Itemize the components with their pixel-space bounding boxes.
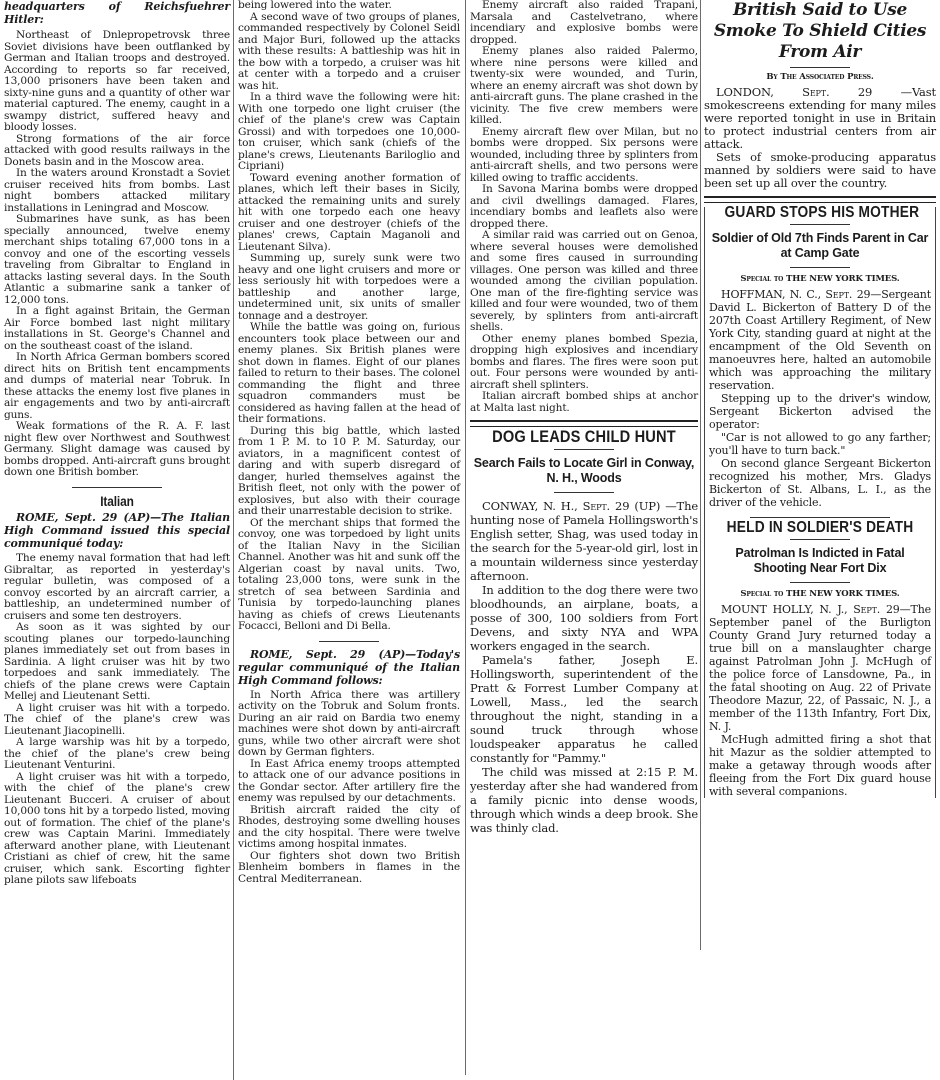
article-guard-stops-mother: GUARD STOPS HIS MOTHER Soldier of Old 7t… (704, 207, 936, 798)
divider (319, 641, 379, 642)
divider (790, 539, 850, 540)
divider (554, 492, 614, 493)
paragraph: In a fight against Britain, the German A… (4, 306, 230, 352)
paragraph: As soon as it was sighted by our scoutin… (4, 622, 230, 703)
italian-lead: ROME, Sept. 29 (AP)—The Italian High Com… (4, 511, 230, 550)
headline: GUARD STOPS HIS MOTHER (725, 207, 916, 219)
lead-paragraph: HOFFMAN, N. C., Sept. 29—Sergeant David … (709, 288, 931, 392)
paragraph: During this big battle, which lasted fro… (238, 426, 460, 518)
paragraph: Stepping up to the driver's window, Serg… (709, 392, 931, 431)
paragraph: In the waters around Kronstadt a Soviet … (4, 168, 230, 214)
paragraph: Summing up, surely sunk were two heavy a… (238, 253, 460, 322)
regular-communique-lead: ROME, Sept. 29 (AP)—Today's regular comm… (238, 648, 460, 687)
divider (750, 517, 890, 518)
paragraph-text: —The September panel of the Burligton Co… (709, 603, 931, 733)
headline: HELD IN SOLDIER'S DEATH (725, 522, 916, 534)
paragraph: On second glance Sergeant Bickerton reco… (709, 457, 931, 509)
dateline: HOFFMAN, N. C., Sept. 29 (721, 288, 870, 301)
paragraph: Our fighters shot down two British Blenh… (238, 851, 460, 886)
paragraph: Weak formations of the R. A. F. last nig… (4, 421, 230, 479)
paragraph: The enemy naval formation that had left … (4, 553, 230, 622)
article-dog-leads-child-hunt: DOG LEADS CHILD HUNT Search Fails to Loc… (470, 431, 698, 835)
headline: DOG LEADS CHILD HUNT (486, 431, 682, 443)
story-separator (470, 420, 698, 427)
paragraph: Pamela's father, Joseph E. Hollingsworth… (470, 653, 698, 765)
dateline: MOUNT HOLLY, N. J., Sept. 29 (721, 603, 900, 616)
column-2: being lowered into the water. A second w… (238, 0, 460, 1080)
column-divider-3 (700, 0, 701, 950)
paragraph: "Car is not allowed to go any farther; y… (709, 431, 931, 457)
deck: Patrolman Is Indicted in Fatal Shooting … (709, 546, 931, 576)
paragraph: Sets of smoke-producing apparatus manned… (704, 151, 936, 190)
paragraph: McHugh admitted firing a shot that hit M… (709, 733, 931, 798)
story-separator (704, 196, 936, 203)
paragraph: Of the merchant ships that formed the co… (238, 518, 460, 633)
column-divider-2 (465, 0, 466, 1075)
divider (790, 224, 850, 225)
deck: Soldier of Old 7th Finds Parent in Car a… (709, 231, 931, 261)
column-1: headquarters of Reichsfuehrer Hitler: No… (4, 0, 230, 1080)
paragraph: Enemy aircraft also raided Trapani, Mars… (470, 0, 698, 46)
paragraph: A large warship was hit by a torpedo, th… (4, 737, 230, 772)
paragraph: A second wave of two groups of planes, c… (238, 12, 460, 93)
column-divider-1 (233, 0, 234, 1080)
paragraph: While the battle was going on, furious e… (238, 322, 460, 426)
paragraph: being lowered into the water. (238, 0, 460, 12)
paragraph: In North Africa German bombers scored di… (4, 352, 230, 421)
paragraph: Northeast of Dnlepropetrovsk three Sovie… (4, 30, 230, 134)
lead-paragraph: LONDON, Sept. 29 —Vast smokescreens exte… (704, 86, 936, 151)
paragraph: Strong formations of the air force attac… (4, 134, 230, 169)
paragraph: A light cruiser was hit with a torpedo. … (4, 703, 230, 738)
headline: British Said to Use Smoke To Shield Citi… (704, 0, 936, 63)
lead-paragraph: MOUNT HOLLY, N. J., Sept. 29—The Septemb… (709, 603, 931, 733)
paragraph: Submarines have sunk, as has been specia… (4, 214, 230, 306)
paragraph: Enemy aircraft flew over Milan, but no b… (470, 127, 698, 185)
byline: Special to THE NEW YORK TIMES. (709, 274, 931, 286)
divider (72, 487, 162, 488)
paragraph: In East Africa enemy troops attempted to… (238, 759, 460, 805)
paragraph: In North Africa there was artillery acti… (238, 690, 460, 759)
divider (554, 449, 614, 450)
paragraph: In addition to the dog there were two bl… (470, 583, 698, 653)
column-4: British Said to Use Smoke To Shield Citi… (704, 0, 936, 1080)
paragraph: Other enemy planes bombed Spezia, droppi… (470, 334, 698, 392)
paragraph: Enemy planes also raided Palermo, where … (470, 46, 698, 127)
paragraph: Toward evening another formation of plan… (238, 173, 460, 254)
deck: Search Fails to Locate Girl in Conway, N… (470, 456, 698, 486)
paragraph-text: —Sergeant David L. Bickerton of Battery … (709, 288, 931, 392)
paragraph: In Savona Marina bombs were dropped and … (470, 184, 698, 230)
divider (790, 67, 850, 68)
paragraph: In a third wave the following were hit: … (238, 92, 460, 173)
paragraph: The child was missed at 2:15 P. M. yeste… (470, 765, 698, 835)
section-heading-italian: Italian (21, 496, 213, 508)
byline: Special to THE NEW YORK TIMES. (709, 589, 931, 601)
column-3: Enemy aircraft also raided Trapani, Mars… (470, 0, 698, 1080)
byline: By The Associated Press. (704, 72, 936, 84)
paragraph: British aircraft raided the city of Rhod… (238, 805, 460, 851)
continued-lead: headquarters of Reichsfuehrer Hitler: (4, 0, 230, 26)
dateline: CONWAY, N. H., Sept. 29 (UP) (482, 499, 660, 513)
divider (790, 267, 850, 268)
dateline: LONDON, Sept. 29 (716, 85, 872, 99)
divider (790, 582, 850, 583)
lead-paragraph: CONWAY, N. H., Sept. 29 (UP) —The huntin… (470, 499, 698, 583)
paragraph: Italian aircraft bombed ships at anchor … (470, 391, 698, 414)
paragraph: A light cruiser was hit with a torpedo, … (4, 772, 230, 887)
article-british-smoke: British Said to Use Smoke To Shield Citi… (704, 0, 936, 190)
paragraph: A similar raid was carried out on Genoa,… (470, 230, 698, 334)
